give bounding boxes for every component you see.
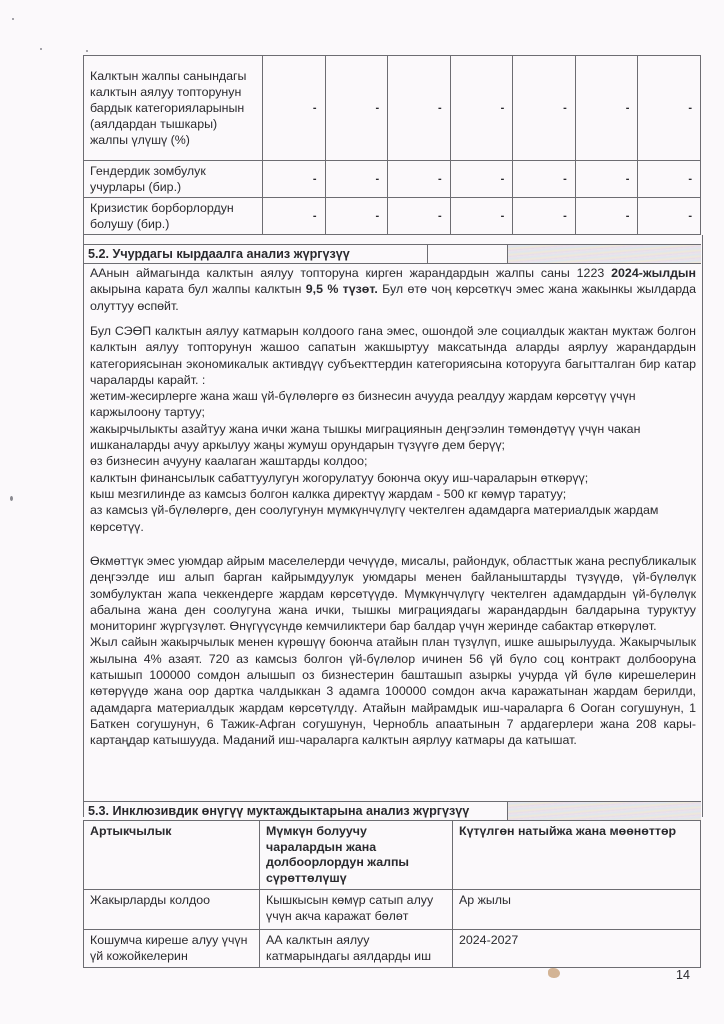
scan-speck <box>40 48 42 50</box>
table-row: Кошумча киреше алуу үчүн үй кожойкелерин… <box>84 930 701 968</box>
indicator-value: - <box>388 161 451 198</box>
table-row: Калктын жалпы санындагы калктын аялуу то… <box>84 56 701 161</box>
paragraph-measures: Бул СЭӨП калктын аялуу катмарын колдоого… <box>90 323 696 535</box>
section-5-2-header: 5.2. Учурдагы кырдаалга анализ жүргүзүү <box>83 244 701 264</box>
text-run: акырына карата бул жалпы калктын <box>90 282 306 296</box>
paper-stain <box>548 968 560 978</box>
scan-speck <box>12 18 14 20</box>
indicator-value: - <box>575 56 638 161</box>
indicator-value: - <box>450 56 513 161</box>
measure-item: калктын финансылык сабаттуулугун жогорул… <box>90 470 696 486</box>
indicator-value: - <box>263 161 326 198</box>
indicator-value: - <box>513 198 576 235</box>
column-header: Күтүлгөн натыйжа жана мөөнөттөр <box>453 821 701 890</box>
table-row: Кризистик борборлордун болушу (бир.) - -… <box>84 198 701 235</box>
table-cell: 2024-2027 <box>453 930 701 968</box>
section-title: 5.2. Учурдагы кырдаалга анализ жүргүзүү <box>83 245 427 263</box>
column-header: Мүмкүн болуучу чаралардын жана долбоорло… <box>260 821 453 890</box>
indicator-label: Калктын жалпы санындагы калктын аялуу то… <box>84 56 263 161</box>
indicator-label: Кризистик борборлордун болушу (бир.) <box>84 198 263 235</box>
table-cell: АА калктын аялуу катмарындагы аялдарды и… <box>260 930 453 968</box>
scan-speck <box>86 50 88 52</box>
indicator-value: - <box>575 161 638 198</box>
section-5-3-header: 5.3. Инклюзивдик өнүгүү муктаждыктарына … <box>83 801 701 821</box>
indicator-value: - <box>638 161 701 198</box>
bold-percent: 9,5 % түзөт. <box>306 282 378 296</box>
indicator-value: - <box>388 56 451 161</box>
measure-item: өз бизнесин ачууну каалаган жаштарды кол… <box>90 453 696 469</box>
indicator-value: - <box>263 56 326 161</box>
page-number: 14 <box>676 968 690 982</box>
document-page: Калктын жалпы санындагы калктын аялуу то… <box>0 0 724 1024</box>
poverty-paragraph: Жыл сайын жакырчылык менен күрөшүү боюнч… <box>90 634 696 748</box>
bold-year: 2024-жылдын <box>611 266 696 280</box>
table-cell: Ар жылы <box>453 890 701 930</box>
measure-item: кыш мезгилинде аз камсыз болгон калкка д… <box>90 486 696 502</box>
header-blank-cell <box>427 245 507 263</box>
indicator-value: - <box>513 161 576 198</box>
measure-item: жетим-жесирлерге жана жаш үй-бүлөлөргө ө… <box>90 388 696 421</box>
indicator-value: - <box>575 198 638 235</box>
inclusive-needs-table: Артыкчылык Мүмкүн болуучу чаралардын жан… <box>83 820 701 968</box>
header-shaded-cell <box>507 802 701 820</box>
table-cell: Кышкысын көмүр сатып алуу үчүн акча кара… <box>260 890 453 930</box>
table-cell: Жакырларды колдоо <box>84 890 260 930</box>
indicator-value: - <box>638 198 701 235</box>
indicator-value: - <box>388 198 451 235</box>
measures-intro: Бул СЭӨП калктын аялуу катмарын колдоого… <box>90 323 696 388</box>
indicator-value: - <box>638 56 701 161</box>
scan-speck <box>10 496 13 501</box>
table-row: Жакырларды колдоо Кышкысын көмүр сатып а… <box>84 890 701 930</box>
table-row: Гендердик зомбулук учурлары (бир.) - - -… <box>84 161 701 198</box>
indicator-value: - <box>513 56 576 161</box>
measure-item: аз камсыз үй-бүлөлөргө, ден соолугунун м… <box>90 502 696 535</box>
indicator-value: - <box>325 198 388 235</box>
indicators-table: Калктын жалпы санындагы калктын аялуу то… <box>83 55 701 235</box>
indicator-value: - <box>263 198 326 235</box>
measure-item: жакырчылыкты азайтуу жана ички жана тышк… <box>90 421 696 454</box>
header-shaded-cell <box>507 245 701 263</box>
table-cell: Кошумча киреше алуу үчүн үй кожойкелерин <box>84 930 260 968</box>
table-header-row: Артыкчылык Мүмкүн болуучу чаралардын жан… <box>84 821 701 890</box>
indicator-value: - <box>450 198 513 235</box>
indicator-label: Гендердик зомбулук учурлары (бир.) <box>84 161 263 198</box>
text-run: ААнын аймагында калктын аялуу топторуна … <box>90 266 611 280</box>
section-title: 5.3. Инклюзивдик өнүгүү муктаждыктарына … <box>83 802 507 820</box>
indicator-value: - <box>450 161 513 198</box>
ngo-paragraph: Өкмөттүк эмес уюмдар айрым маселелерди ч… <box>90 553 696 634</box>
column-header: Артыкчылык <box>84 821 260 890</box>
paragraph-ngo-and-poverty: Өкмөттүк эмес уюмдар айрым маселелерди ч… <box>90 553 696 749</box>
indicator-value: - <box>325 56 388 161</box>
indicator-value: - <box>325 161 388 198</box>
paragraph-population-share: ААнын аймагында калктын аялуу топторуна … <box>90 265 696 314</box>
